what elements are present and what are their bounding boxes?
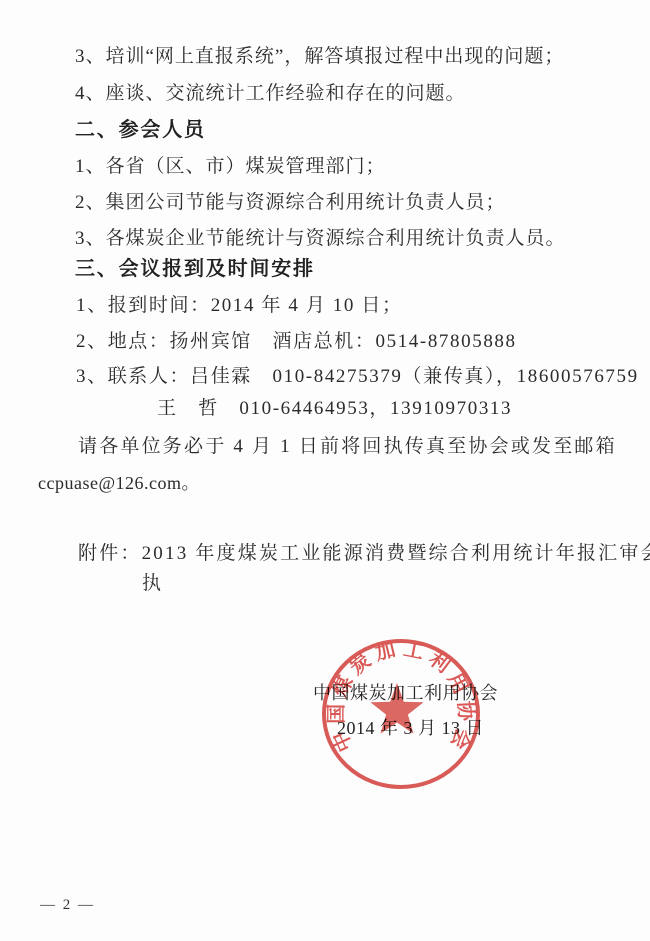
participant-line-2: 2、集团公司节能与资源综合利用统计负责人员； bbox=[75, 191, 506, 215]
section-heading-schedule: 三、会议报到及时间安排 bbox=[75, 257, 315, 281]
schedule-line-venue: 2、地点：扬州宾馆 酒店总机：0514-87805888 bbox=[76, 330, 517, 354]
section-heading-participants: 二、参会人员 bbox=[75, 118, 206, 142]
reply-notice-line: 请各单位务必于 4 月 1 日前将回执传真至协会或发至邮箱 bbox=[78, 435, 617, 459]
star-icon bbox=[370, 683, 423, 734]
document-page: 3、培训“网上直报系统”，解答填报过程中出现的问题； 4、座谈、交流统计工作经验… bbox=[0, 0, 650, 941]
agenda-line-3: 3、培训“网上直报系统”，解答填报过程中出现的问题； bbox=[75, 45, 564, 69]
participant-line-1: 1、各省（区、市）煤炭管理部门； bbox=[75, 155, 386, 179]
page-number: — 2 — bbox=[40, 893, 95, 917]
participant-line-3: 3、各煤炭企业节能统计与资源综合利用统计负责人员。 bbox=[75, 227, 566, 251]
attachment-line: 附件：2013 年度煤炭工业能源消费暨综合利用统计年报汇审会回 bbox=[78, 542, 650, 566]
agenda-line-4: 4、座谈、交流统计工作经验和存在的问题。 bbox=[75, 82, 466, 106]
schedule-line-report-time: 1、报到时间：2014 年 4 月 10 日； bbox=[76, 294, 403, 318]
schedule-line-contact-1: 3、联系人：吕佳霖 010-84275379（兼传真），18600576759 bbox=[76, 365, 639, 389]
official-seal-stamp: 中国煤炭加工利用协会 bbox=[310, 628, 500, 798]
attachment-line-continued: 执 bbox=[142, 572, 162, 596]
schedule-line-contact-2: 王 哲 010-64464953，13910970313 bbox=[157, 397, 512, 421]
email-line: ccpuase@126.com。 bbox=[38, 471, 200, 495]
